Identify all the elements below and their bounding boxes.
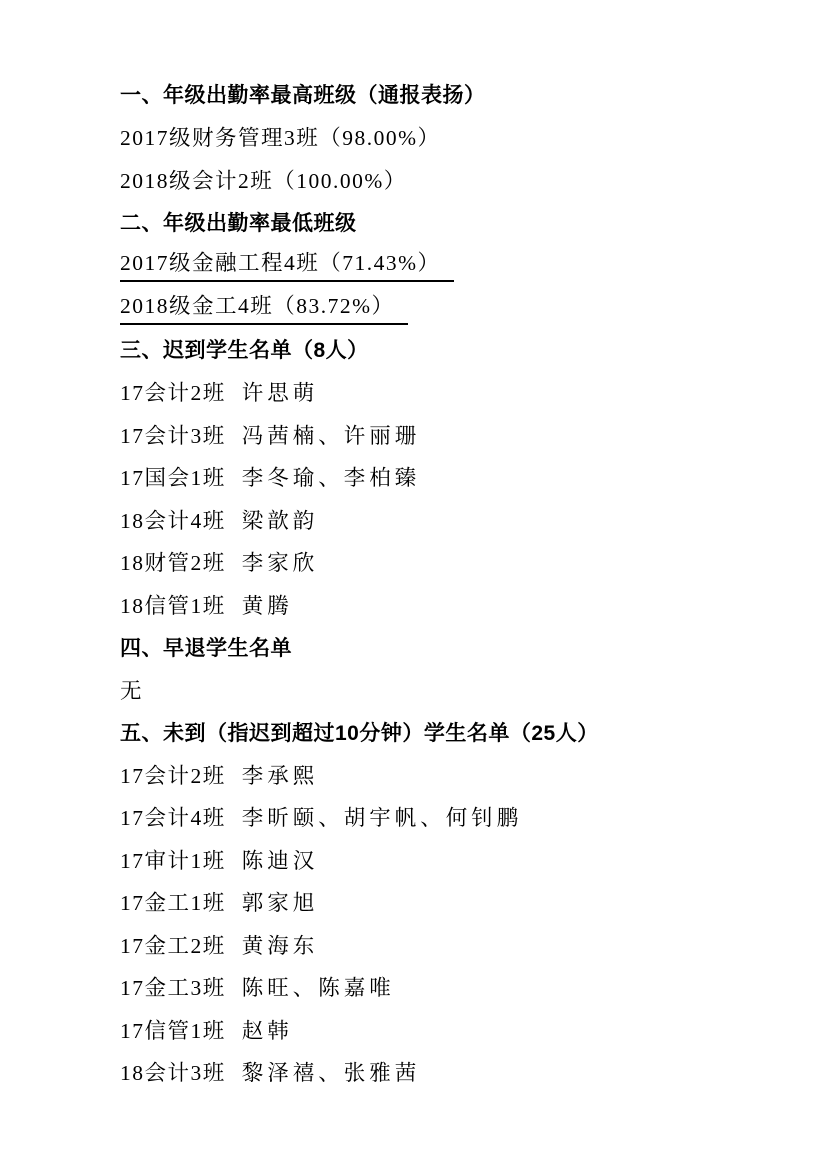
absent-students-heading: 五、未到（指迟到超过10分钟）学生名单（25人） [120, 711, 767, 754]
late-student-row: 18信管1班黄腾 [120, 583, 767, 626]
class-label: 17金工1班 [120, 886, 226, 917]
student-names: 陈迪汉 [242, 844, 319, 875]
class-label: 17信管1班 [120, 1014, 226, 1045]
absent-student-row: 17信管1班赵韩 [120, 1008, 767, 1051]
student-names: 李承熙 [242, 759, 319, 790]
absent-student-row: 17审计1班陈迪汉 [120, 838, 767, 881]
late-student-row: 18会计4班梁歆韵 [120, 498, 767, 541]
absent-student-row: 17会计2班李承熙 [120, 753, 767, 796]
absent-student-row: 17会计4班李昕颐、胡宇帆、何钊鹏 [120, 796, 767, 839]
class-label: 18会计3班 [120, 1056, 226, 1087]
late-student-row: 18财管2班李家欣 [120, 541, 767, 584]
student-names: 黄海东 [242, 929, 319, 960]
student-names: 李冬瑜、李柏臻 [242, 461, 421, 492]
lowest-class-2018-text: 2018级金工4班（83.72%） [120, 289, 408, 325]
lowest-class-2017: 2017级金融工程4班（71.43%） [120, 243, 767, 286]
student-names: 郭家旭 [242, 886, 319, 917]
highest-attendance-heading: 一、年级出勤率最高班级（通报表扬） [120, 73, 767, 116]
student-names: 冯茜楠、许丽珊 [242, 419, 421, 450]
highest-class-2018: 2018级会计2班（100.00%） [120, 158, 767, 201]
late-student-row: 17会计3班冯茜楠、许丽珊 [120, 413, 767, 456]
class-label: 17金工3班 [120, 971, 226, 1002]
class-label: 17审计1班 [120, 844, 226, 875]
student-names: 陈旺、陈嘉唯 [242, 971, 395, 1002]
class-label: 18会计4班 [120, 504, 226, 535]
absent-student-row: 17金工1班郭家旭 [120, 881, 767, 924]
early-leave-heading: 四、早退学生名单 [120, 626, 767, 669]
class-label: 17会计3班 [120, 419, 226, 450]
student-names: 李昕颐、胡宇帆、何钊鹏 [242, 801, 523, 832]
absent-student-row: 17金工2班黄海东 [120, 923, 767, 966]
class-label: 18财管2班 [120, 546, 226, 577]
document-page: 一、年级出勤率最高班级（通报表扬） 2017级财务管理3班（98.00%） 20… [0, 0, 827, 1169]
highest-class-2017: 2017级财务管理3班（98.00%） [120, 116, 767, 159]
late-student-row: 17会计2班许思萌 [120, 371, 767, 414]
student-names: 赵韩 [242, 1014, 293, 1045]
class-label: 17金工2班 [120, 929, 226, 960]
absent-student-row: 18会计3班黎泽禧、张雅茜 [120, 1051, 767, 1094]
student-names: 许思萌 [242, 376, 319, 407]
student-names: 黄腾 [242, 589, 293, 620]
class-label: 18信管1班 [120, 589, 226, 620]
late-student-row: 17国会1班李冬瑜、李柏臻 [120, 456, 767, 499]
student-names: 李家欣 [242, 546, 319, 577]
class-label: 17会计2班 [120, 759, 226, 790]
absent-student-row: 17金工3班陈旺、陈嘉唯 [120, 966, 767, 1009]
lowest-class-2017-text: 2017级金融工程4班（71.43%） [120, 246, 454, 282]
student-names: 黎泽禧、张雅茜 [242, 1056, 421, 1087]
student-names: 梁歆韵 [242, 504, 319, 535]
class-label: 17会计4班 [120, 801, 226, 832]
early-leave-none: 无 [120, 668, 767, 711]
late-students-heading: 三、迟到学生名单（8人） [120, 328, 767, 371]
lowest-attendance-heading: 二、年级出勤率最低班级 [120, 201, 767, 244]
lowest-class-2018: 2018级金工4班（83.72%） [120, 286, 767, 329]
class-label: 17国会1班 [120, 461, 226, 492]
class-label: 17会计2班 [120, 376, 226, 407]
